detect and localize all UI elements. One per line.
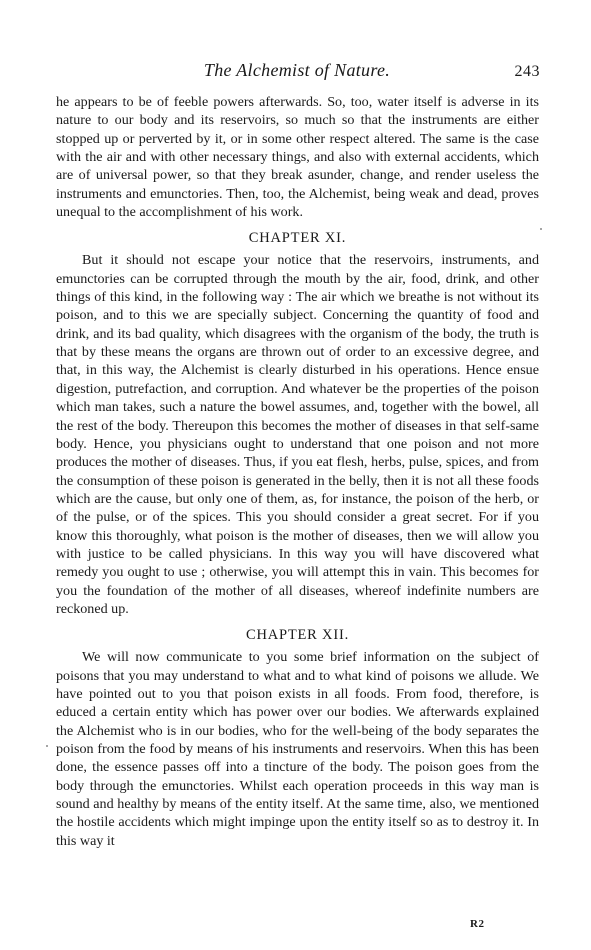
signature-mark: R2 [470, 918, 484, 930]
running-title: The Alchemist of Nature. [56, 60, 538, 81]
chapter-12-paragraph: We will now communicate to you some brie… [56, 648, 539, 850]
chapter-11-paragraph: But it should not escape your notice tha… [56, 251, 539, 618]
page-body: he appears to be of feeble powers afterw… [56, 93, 539, 850]
print-speck [46, 745, 48, 747]
page-number: 243 [515, 63, 541, 81]
chapter-heading-12: CHAPTER XII. [56, 626, 539, 644]
book-page: The Alchemist of Nature. 243 he appears … [0, 0, 591, 950]
print-speck [540, 228, 542, 230]
continued-paragraph: he appears to be of feeble powers afterw… [56, 93, 539, 221]
chapter-heading-11: CHAPTER XI. [56, 229, 539, 247]
running-head: The Alchemist of Nature. 243 [56, 60, 538, 86]
